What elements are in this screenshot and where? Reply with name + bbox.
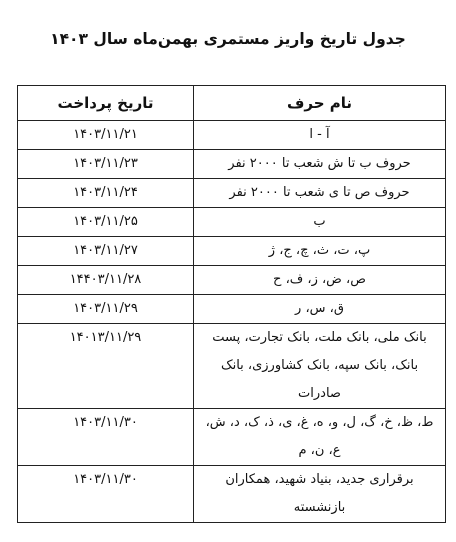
table-row: برقراری جدید، بنیاد شهید، همکاران بازنشس… (18, 466, 446, 523)
table-row: حروف ص تا ی شعب تا ۲۰۰۰ نفر ۱۴۰۳/۱۱/۲۴ (18, 179, 446, 208)
row-date: ۱۴۰۳/۱۱/۳۰ (18, 409, 194, 466)
row-name: حروف ب تا ش شعب تا ۲۰۰۰ نفر (194, 150, 446, 179)
row-date: ۱۴۰۳/۱۱/۲۱ (18, 121, 194, 150)
row-name: پ، ت، ث، چ، ج، ژ (194, 237, 446, 266)
table-row: بانک ملی، بانک ملت، بانک تجارت، پست بانک… (18, 324, 446, 409)
row-name: ص، ض، ز، ف، ح (194, 266, 446, 295)
table-row: ق، س، ر ۱۴۰۳/۱۱/۲۹ (18, 295, 446, 324)
row-date: ۱۴۰۳/۱۱/۲۷ (18, 237, 194, 266)
row-date: ۱۴۰۳/۱۱/۲۹ (18, 295, 194, 324)
header-date: تاریخ پرداخت (18, 86, 194, 121)
row-date: ۱۴۰۱۳/۱۱/۲۹ (18, 324, 194, 409)
row-name: ط، ظ، خ، گ، ل، و، ه، غ، ی، ذ، ک، د، ش، ع… (194, 409, 446, 466)
document-title: جدول تاریخ واریز مستمری بهمن‌ماه سال ۱۴۰… (0, 30, 456, 48)
row-date: ۱۴۰۳/۱۱/۲۵ (18, 208, 194, 237)
table-row: ب ۱۴۰۳/۱۱/۲۵ (18, 208, 446, 237)
table-row: حروف ب تا ش شعب تا ۲۰۰۰ نفر ۱۴۰۳/۱۱/۲۳ (18, 150, 446, 179)
payment-schedule-table: نام حرف تاریخ پرداخت آ - ا ۱۴۰۳/۱۱/۲۱ حر… (17, 85, 446, 523)
table-row: ط، ظ، خ، گ، ل، و، ه، غ، ی، ذ، ک، د، ش، ع… (18, 409, 446, 466)
row-name: حروف ص تا ی شعب تا ۲۰۰۰ نفر (194, 179, 446, 208)
row-date: ۱۴۴۰۳/۱۱/۲۸ (18, 266, 194, 295)
table-header-row: نام حرف تاریخ پرداخت (18, 86, 446, 121)
row-name: برقراری جدید، بنیاد شهید، همکاران بازنشس… (194, 466, 446, 523)
row-date: ۱۴۰۳/۱۱/۳۰ (18, 466, 194, 523)
row-name: بانک ملی، بانک ملت، بانک تجارت، پست بانک… (194, 324, 446, 409)
row-date: ۱۴۰۳/۱۱/۲۳ (18, 150, 194, 179)
table-row: پ، ت، ث، چ، ج، ژ ۱۴۰۳/۱۱/۲۷ (18, 237, 446, 266)
table-row: ص، ض، ز، ف، ح ۱۴۴۰۳/۱۱/۲۸ (18, 266, 446, 295)
row-name: آ - ا (194, 121, 446, 150)
header-name: نام حرف (194, 86, 446, 121)
table-row: آ - ا ۱۴۰۳/۱۱/۲۱ (18, 121, 446, 150)
row-name: ق، س، ر (194, 295, 446, 324)
row-date: ۱۴۰۳/۱۱/۲۴ (18, 179, 194, 208)
row-name: ب (194, 208, 446, 237)
